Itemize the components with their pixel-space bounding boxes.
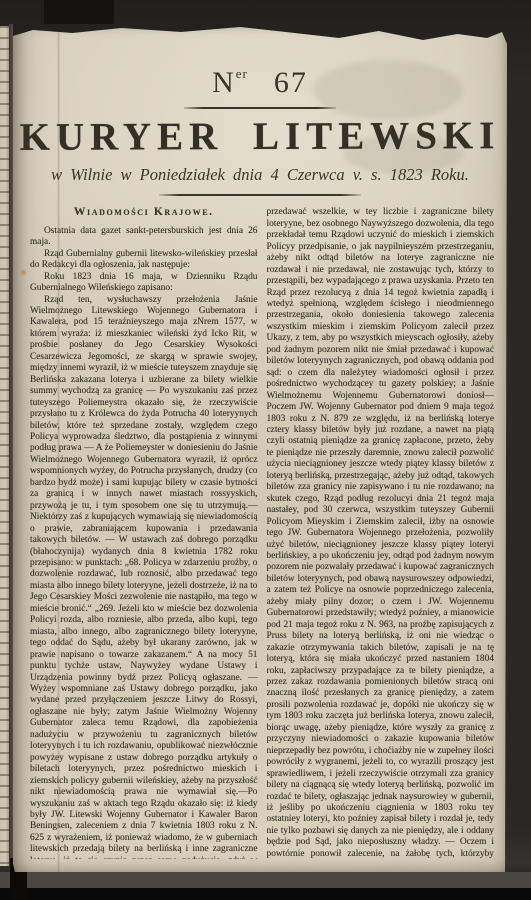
page-gutter-shadow — [9, 24, 13, 870]
body-paragraph: Ostatnia data gazet sankt-petersburskich… — [30, 226, 258, 249]
issue-prefix-superscript: er — [236, 66, 248, 81]
body-columns: Wiadomości Krajowe. Ostatnia data gazet … — [13, 196, 507, 859]
masthead: Ner67 KURYER LITEWSKI w Wilnie w Poniedz… — [13, 24, 507, 196]
masthead-rule-bottom — [159, 194, 361, 196]
paper-stain — [385, 620, 389, 624]
issue-prefix: N — [212, 66, 236, 99]
paper-stain — [21, 270, 26, 275]
section-heading: Wiadomości Krajowe. — [30, 207, 258, 218]
left-column: Wiadomości Krajowe. Ostatnia data gazet … — [30, 207, 258, 859]
newspaper-title: KURYER LITEWSKI — [13, 113, 507, 160]
facing-page-edge — [0, 26, 9, 866]
body-paragraph: Rząd Gubernialny gubernii litewsko-wileń… — [30, 249, 258, 272]
scan-bottom-strip — [0, 888, 531, 900]
issue-number: Ner67 — [13, 66, 507, 100]
issue-number-value: 67 — [274, 66, 308, 100]
right-column: przedawać wszelkie, w tey liczbie i zagr… — [267, 207, 495, 859]
body-paragraph: przedawać wszelkie, w tey liczbie i zagr… — [267, 207, 495, 859]
dateline: w Wilnie w Poniedziałek dnia 4 Czerwca v… — [13, 165, 507, 185]
scan-top-notch — [44, 0, 114, 24]
body-paragraph: Roku 1823 dnia 16 maja, w Dzienniku Rząd… — [30, 272, 258, 295]
body-paragraph: Rząd ten, wysłuchawszy przełożenia Jaśni… — [30, 295, 258, 860]
newspaper-page: Ner67 KURYER LITEWSKI w Wilnie w Poniedz… — [13, 24, 507, 872]
masthead-rule-top — [184, 107, 336, 109]
